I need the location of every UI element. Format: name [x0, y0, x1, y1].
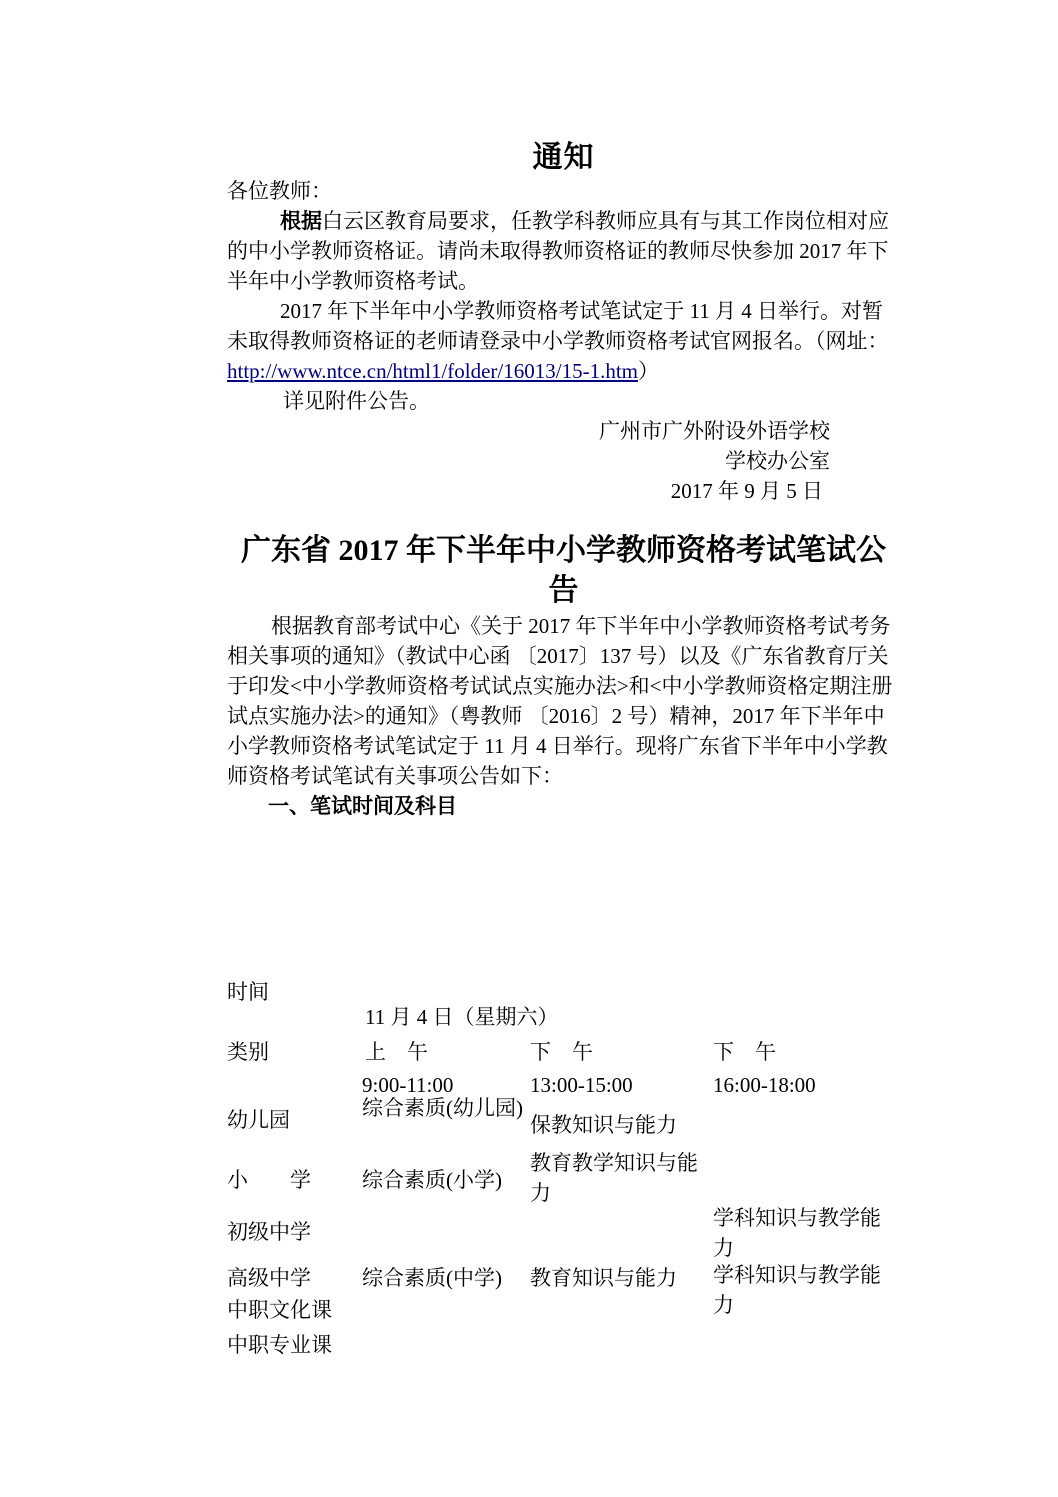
- schedule-date-value: 11 月 4 日（星期六）: [365, 1002, 558, 1032]
- row-vocational-culture-label: 中职文化课: [227, 1295, 332, 1325]
- paragraph-1-text: 白云区教育局要求，任教学科教师应具有与其工作岗位相对应的中小学教师资格证。请尚未…: [227, 209, 889, 293]
- row-senior-pm1: 教育知识与能力: [530, 1263, 677, 1293]
- row-kindergarten-label: 幼儿园: [227, 1105, 290, 1135]
- row-senior-am: 综合素质(中学): [362, 1263, 502, 1293]
- schedule-category-label: 类别: [227, 1037, 269, 1067]
- section-1-heading: 一、笔试时间及科目: [227, 791, 900, 821]
- row-kindergarten-pm1: 保教知识与能力: [530, 1110, 677, 1140]
- row-senior-label: 高级中学: [227, 1263, 311, 1293]
- notice-paragraph-3: 详见附件公告。: [227, 386, 900, 416]
- row-kindergarten-am: 综合素质(幼儿园): [362, 1093, 523, 1123]
- notice-paragraph-2: 2017 年下半年中小学教师资格考试笔试定于 11 月 4 日举行。对暂未取得教…: [227, 296, 900, 386]
- ntce-hyperlink[interactable]: http://www.ntce.cn/html1/folder/16013/15…: [227, 359, 638, 383]
- row-primary-label: 小 学: [227, 1165, 311, 1195]
- signature-office: 学校办公室: [227, 446, 900, 476]
- row-senior-pm2: 学科知识与教学能力: [713, 1260, 893, 1320]
- schedule-time-label: 时间: [227, 977, 269, 1007]
- document-page: 通知 各位教师： 根据白云区教育局要求，任教学科教师应具有与其工作岗位相对应的中…: [0, 0, 1058, 1497]
- announcement-intro: 根据教育部考试中心《关于 2017 年下半年中小学教师资格考试考务相关事项的通知…: [227, 611, 900, 791]
- signature-date: 2017 年 9 月 5 日: [227, 476, 900, 506]
- paragraph-2-closing: ）: [638, 359, 659, 383]
- notice-title: 通知: [227, 140, 900, 176]
- schedule-slot-pm2: 16:00-18:00: [713, 1070, 816, 1100]
- row-primary-am: 综合素质(小学): [362, 1165, 502, 1195]
- schedule-session-am: 上 午: [365, 1037, 428, 1067]
- notice-section: 通知 各位教师： 根据白云区教育局要求，任教学科教师应具有与其工作岗位相对应的中…: [227, 0, 900, 821]
- paragraph-2-text: 2017 年下半年中小学教师资格考试笔试定于 11 月 4 日举行。对暂未取得教…: [227, 299, 889, 353]
- row-vocational-major-label: 中职专业课: [227, 1330, 332, 1360]
- salutation: 各位教师：: [227, 176, 900, 206]
- row-junior-pm2: 学科知识与教学能力: [713, 1203, 893, 1263]
- row-primary-pm1: 教育教学知识与能力: [530, 1148, 706, 1208]
- paragraph-lead-bold: 根据: [280, 209, 322, 233]
- schedule-slot-pm1: 13:00-15:00: [530, 1070, 633, 1100]
- schedule-session-pm2: 下 午: [713, 1037, 776, 1067]
- announcement-title: 广东省 2017 年下半年中小学教师资格考试笔试公告: [227, 531, 900, 611]
- row-junior-label: 初级中学: [227, 1217, 311, 1247]
- signature-school: 广州市广外附设外语学校: [227, 416, 900, 446]
- notice-paragraph-1: 根据白云区教育局要求，任教学科教师应具有与其工作岗位相对应的中小学教师资格证。请…: [227, 206, 900, 296]
- schedule-session-pm1: 下 午: [530, 1037, 593, 1067]
